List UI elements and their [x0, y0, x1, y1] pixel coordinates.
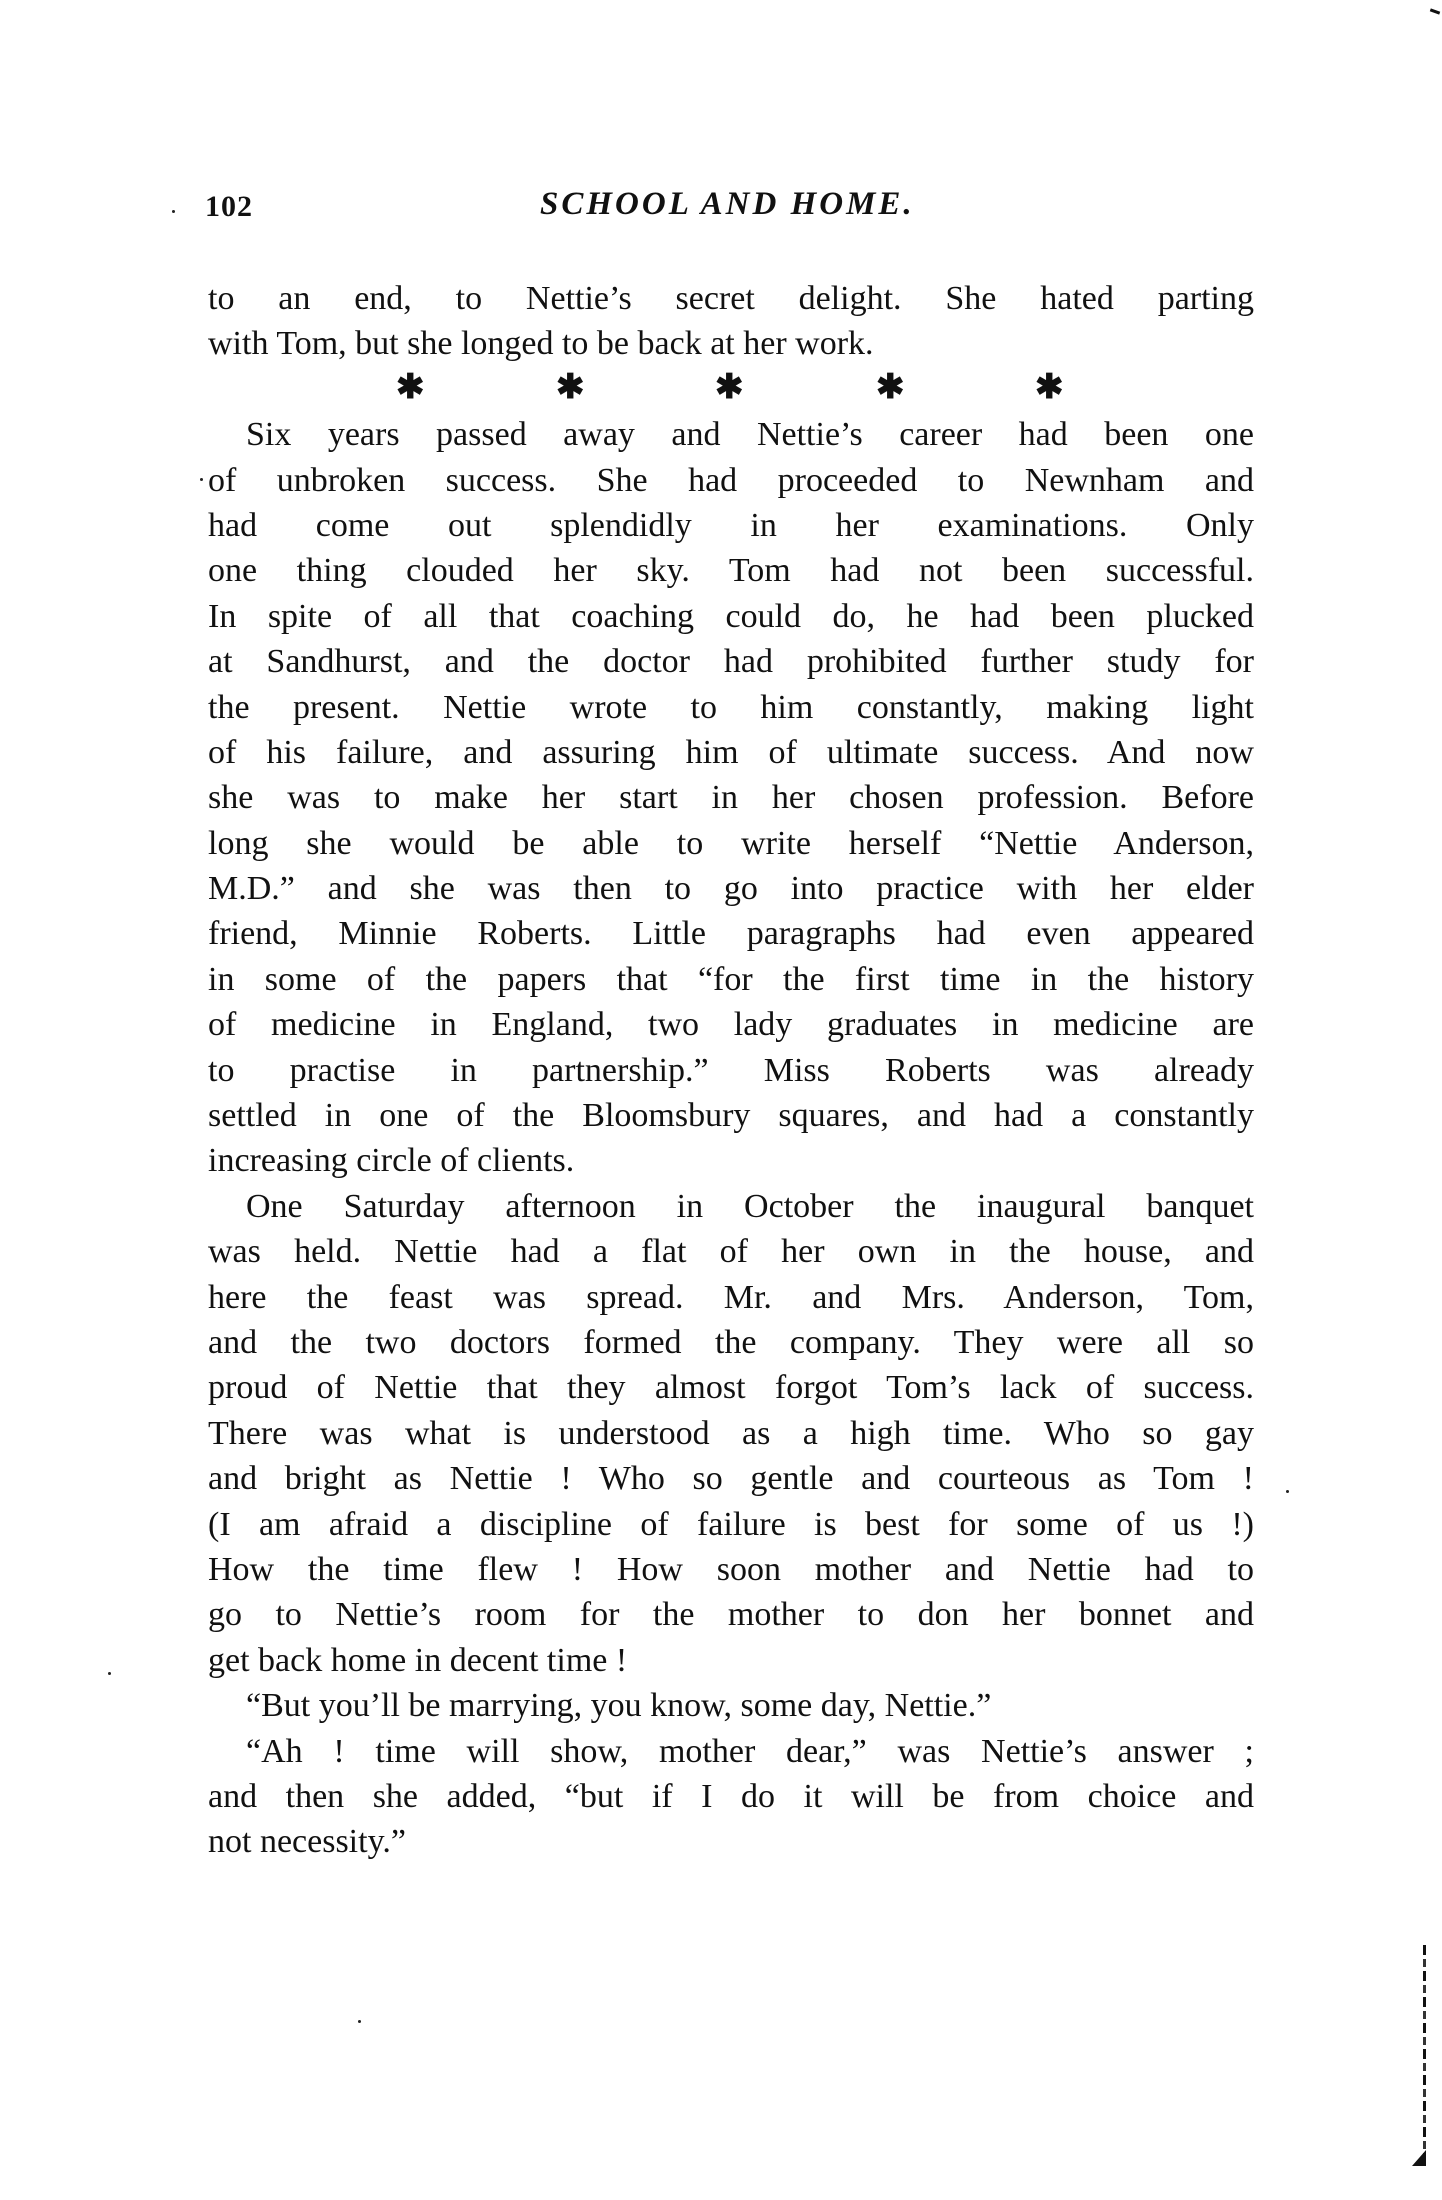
paragraph-banquet: One Saturday afternoon in October the in…	[208, 1184, 1254, 1683]
text-line: go to Nettie’s room for the mother to do…	[208, 1592, 1254, 1637]
text-line: one thing clouded her sky. Tom had not b…	[208, 548, 1254, 593]
scan-speck	[200, 478, 203, 481]
text-line: “But you’ll be marrying, you know, some …	[208, 1683, 1254, 1728]
text-line: In spite of all that coaching could do, …	[208, 594, 1254, 639]
text-line: One Saturday afternoon in October the in…	[208, 1184, 1254, 1229]
text-line: to an end, to Nettie’s secret delight. S…	[208, 276, 1254, 321]
text-line: in some of the papers that “for the firs…	[208, 957, 1254, 1002]
asterisk-icon: ✱	[876, 371, 905, 405]
running-title: SCHOOL AND HOME.	[540, 186, 915, 223]
text-line: settled in one of the Bloomsbury squares…	[208, 1093, 1254, 1138]
book-page: 102 SCHOOL AND HOME. to an end, to Netti…	[0, 0, 1442, 2200]
scan-speck	[172, 210, 175, 213]
text-line: proud of Nettie that they almost forgot …	[208, 1365, 1254, 1410]
body-text: to an end, to Nettie’s secret delight. S…	[208, 276, 1254, 1865]
text-line: of medicine in England, two lady graduat…	[208, 1002, 1254, 1047]
scan-artifact-top	[1430, 8, 1440, 14]
paragraph-marrying: “But you’ll be marrying, you know, some …	[208, 1683, 1254, 1728]
text-line: How the time flew ! How soon mother and …	[208, 1547, 1254, 1592]
text-line: had come out splendidly in her examinati…	[208, 503, 1254, 548]
scan-speck	[108, 1672, 111, 1675]
scan-speck	[1286, 1490, 1289, 1493]
text-line: increasing circle of clients.	[208, 1138, 1254, 1183]
text-line: friend, Minnie Roberts. Little paragraph…	[208, 911, 1254, 956]
text-line: she was to make her start in her chosen …	[208, 775, 1254, 820]
text-line: was held. Nettie had a flat of her own i…	[208, 1229, 1254, 1274]
text-line: There was what is understood as a high t…	[208, 1411, 1254, 1456]
text-line: “Ah ! time will show, mother dear,” was …	[208, 1729, 1254, 1774]
text-line: and bright as Nettie ! Who so gentle and…	[208, 1456, 1254, 1501]
text-line: Six years passed away and Nettie’s caree…	[208, 412, 1254, 457]
scan-corner-artifact	[1412, 2150, 1426, 2166]
section-break: ✱ ✱ ✱ ✱ ✱	[208, 367, 1254, 412]
paragraph-answer: “Ah ! time will show, mother dear,” was …	[208, 1729, 1254, 1865]
text-line: to practise in partnership.” Miss Robert…	[208, 1048, 1254, 1093]
scan-edge-artifact	[1423, 1945, 1426, 2160]
text-line: and then she added, “but if I do it will…	[208, 1774, 1254, 1819]
text-line: at Sandhurst, and the doctor had prohibi…	[208, 639, 1254, 684]
text-line: and the two doctors formed the company. …	[208, 1320, 1254, 1365]
text-line: not necessity.”	[208, 1819, 1254, 1864]
scan-speck	[358, 2020, 361, 2023]
text-line: of his failure, and assuring him of ulti…	[208, 730, 1254, 775]
text-line: M.D.” and she was then to go into practi…	[208, 866, 1254, 911]
text-line: of unbroken success. She had proceeded t…	[208, 458, 1254, 503]
asterisk-icon: ✱	[556, 371, 585, 405]
asterisk-icon: ✱	[1035, 371, 1064, 405]
text-line: with Tom, but she longed to be back at h…	[208, 321, 1254, 366]
text-line: the present. Nettie wrote to him constan…	[208, 685, 1254, 730]
asterisk-icon: ✱	[715, 371, 744, 405]
paragraph-six-years: Six years passed away and Nettie’s caree…	[208, 412, 1254, 1184]
page-number: 102	[205, 190, 253, 224]
asterisk-icon: ✱	[396, 371, 425, 405]
text-line: (I am afraid a discipline of failure is …	[208, 1502, 1254, 1547]
text-line: get back home in decent time !	[208, 1638, 1254, 1683]
text-line: here the feast was spread. Mr. and Mrs. …	[208, 1275, 1254, 1320]
text-line: long she would be able to write herself …	[208, 821, 1254, 866]
